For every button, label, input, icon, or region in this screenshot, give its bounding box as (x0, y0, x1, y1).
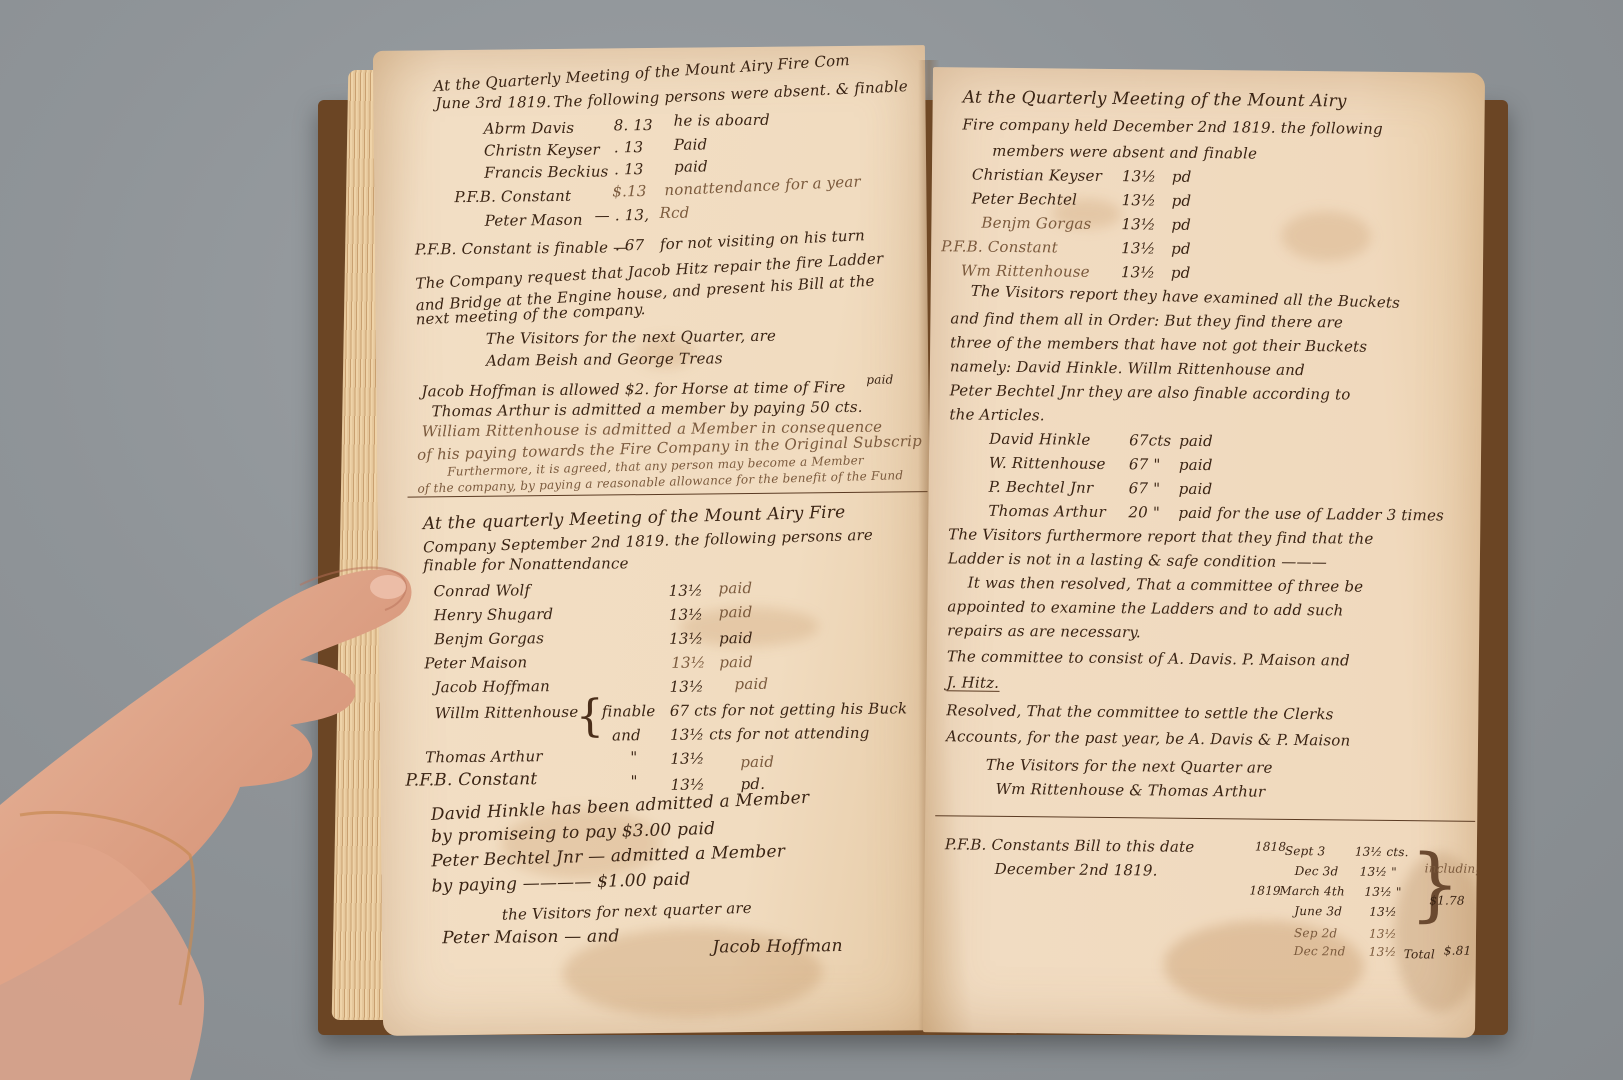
september-row-name: Conrad Wolf (433, 583, 530, 599)
ladder-line: repairs as are necessary. (947, 623, 1141, 640)
september-row-name: Jacob Hoffman (434, 679, 550, 695)
bill-entry-date: March 4th (1279, 885, 1345, 898)
june-row-note: Paid (674, 137, 708, 152)
fine-row-name: P. Bechtel Jnr (989, 480, 1094, 496)
ladder-line: appointed to examine the Ladders and to … (947, 599, 1343, 618)
september-visitors-line2a: Peter Maison — and (442, 928, 620, 947)
june-row-note: paid (674, 159, 708, 174)
december-row-note: pd (1171, 242, 1191, 257)
resolved-line: Resolved, That the committee to settle t… (946, 703, 1333, 722)
september-row-note: paid (719, 655, 753, 670)
bill-entry-amount: 13½ (1369, 946, 1397, 958)
june-visitors-line1: The Visitors for the next Quarter, are (486, 329, 776, 347)
june-row-amount: . 13 (614, 140, 644, 155)
december-row-note: pd (1172, 170, 1192, 185)
december-row-note: pd (1171, 266, 1191, 281)
september-row2-note: paid (740, 755, 774, 770)
bill-side-note: including (1425, 862, 1484, 875)
september-row2-name: Thomas Arthur (425, 749, 543, 765)
june-row-amount: — . 13, (595, 208, 650, 224)
bill-date: December 2nd 1819. (995, 862, 1158, 879)
june-row-name: Abrm Davis (484, 121, 575, 137)
june-row-name: Peter Mason (485, 213, 583, 229)
bill-total-label: Total (1404, 948, 1435, 960)
bill-entry-year: 1819 (1249, 884, 1280, 896)
june-row-amount: $.13 (612, 184, 646, 199)
june-row-note: Rcd (659, 206, 689, 221)
fine-row-name: W. Rittenhouse (989, 456, 1106, 472)
report-line: Peter Bechtel Jnr they are also finable … (950, 383, 1351, 402)
ladder-line: The committee to consist of A. Davis. P.… (947, 649, 1350, 668)
september-row-amount: 13½ (669, 679, 703, 694)
december-visitors-line1: The Visitors for the next Quarter are (986, 758, 1273, 776)
ladder-line: J. Hitz. (947, 675, 1000, 692)
ladder-line: Ladder is not in a lasting & safe condit… (948, 551, 1327, 570)
june-fine-text: P.F.B. Constant is finable — (415, 240, 629, 257)
september-row2-ditto: " (630, 774, 637, 789)
rittenhouse-line1: 67 cts for not getting his Buck (670, 701, 908, 718)
september-row-note: paid (734, 677, 768, 692)
september-row-name: Benjm Gorgas (434, 631, 544, 647)
december-row-note: pd (1172, 194, 1192, 209)
rittenhouse-finable: finable (602, 704, 656, 720)
rittenhouse-line2: 13½ cts for not attending (670, 726, 870, 743)
bill-entry-date: Sept 3 (1285, 845, 1326, 857)
report-line: and find them all in Order: But they fin… (950, 311, 1343, 330)
bill-entry-amount: 13½ cts. (1355, 846, 1409, 859)
december-row-amount: 13½ (1121, 241, 1155, 256)
june-fine-amount: . 67 (615, 238, 645, 253)
bill-entry-date: Sep 2d (1294, 927, 1337, 939)
admission-line: Peter Bechtel Jnr — admitted a Member (431, 844, 785, 871)
december-row-name: Christian Keyser (972, 168, 1102, 184)
june-note-line: Jacob Hoffman is allowed $2. for Horse a… (421, 380, 845, 399)
right-page: At the Quarterly Meeting of the Mount Ai… (923, 67, 1485, 1038)
brace-glyph: } (1409, 844, 1461, 925)
report-line: The Visitors report they have examined a… (971, 284, 1401, 311)
december-row-amount: 13½ (1122, 169, 1156, 184)
september-row-note: paid (718, 581, 752, 596)
bill-entry-amount: 13½ " (1364, 886, 1401, 898)
december-row-amount: 13½ (1122, 193, 1156, 208)
rittenhouse-and: and (612, 728, 641, 743)
september-row-name: Peter Maison (424, 655, 527, 671)
september-row-note: paid (719, 605, 753, 620)
fine-row-amount: 67 " (1129, 481, 1161, 496)
december-header-line: At the Quarterly Meeting of the Mount Ai… (963, 89, 1347, 110)
december-header-line: members were absent and finable (992, 144, 1257, 162)
fine-row-amount: 67 " (1129, 457, 1161, 472)
december-header-line: Fire company held December 2nd 1819. the… (962, 117, 1383, 136)
june-date: June 3rd 1819. (435, 95, 551, 111)
june-note-line: Thomas Arthur is admitted a member by pa… (432, 400, 863, 420)
bill-entry-amount: 13½ (1369, 928, 1397, 940)
september-row-amount: 13½ (668, 583, 702, 598)
june-row-note: nonattendance for a year (664, 174, 861, 198)
admission-line: by promiseing to pay $3.00 paid (431, 821, 716, 846)
september-header-line: finable for Nonattendance (423, 556, 629, 573)
september-row2-amount: 13½ (670, 751, 704, 766)
fine-row-name: Thomas Arthur (988, 504, 1106, 520)
september-row-amount: 13½ (671, 655, 705, 670)
bill-entry-date: Dec 2nd (1294, 945, 1346, 958)
june-row-name: Francis Beckius (484, 164, 609, 180)
june-visitors-line2: Adam Beish and George Treas (486, 351, 723, 368)
june-row-name: Christn Keyser (484, 143, 600, 159)
december-row-name: Peter Bechtel (972, 192, 1078, 208)
june-margin-note: paid (866, 373, 893, 385)
june-fine-reason: for not visiting on his turn (660, 228, 866, 252)
december-row-name: Wm Rittenhouse (961, 263, 1090, 279)
september-visitors-line1: the Visitors for next quarter are (502, 901, 752, 923)
september-row2-ditto: " (630, 750, 637, 765)
december-row-name: P.F.B. Constant (941, 239, 1058, 255)
bill-entry-year: 1818 (1255, 841, 1286, 853)
left-page: At the Quarterly Meeting of the Mount Ai… (373, 45, 935, 1036)
fine-row-name: David Hinkle (989, 432, 1090, 448)
september-row2-name: P.F.B. Constant (405, 771, 537, 789)
admission-line: by paying ———— $1.00 paid (431, 871, 690, 895)
ladder-line: The Visitors furthermore report that the… (948, 527, 1373, 546)
bill-side-note2: $1.78 (1429, 894, 1464, 906)
bill-entry-date: Dec 3d (1295, 865, 1339, 877)
december-visitors-line2: Wm Rittenhouse & Thomas Arthur (995, 782, 1265, 800)
bill-divider (935, 815, 1475, 822)
report-line: namely: David Hinkle. Willm Rittenhouse … (950, 359, 1305, 378)
rittenhouse-name: Willm Rittenhouse (435, 705, 579, 722)
bill-total-value: $.81 (1444, 945, 1472, 957)
fine-row-amount: 20 " (1128, 505, 1160, 520)
bill-entry-date: June 3d (1294, 905, 1342, 918)
june-row-note: he is aboard (674, 113, 770, 129)
june-row-amount: . 13 (614, 162, 644, 177)
bill-title: P.F.B. Constants Bill to this date (945, 837, 1195, 855)
september-visitors-line2b: Jacob Hoffman (712, 938, 843, 956)
september-row-amount: 13½ (669, 631, 703, 646)
ladder-line: It was then resolved, That a committee o… (968, 576, 1364, 595)
fine-row-note: paid (1179, 482, 1213, 497)
bill-entry-amount: 13½ " (1360, 866, 1397, 878)
june-row-amount: 8. 13 (614, 118, 653, 133)
resolved-line: Accounts, for the past year, be A. Davis… (946, 729, 1351, 748)
report-line: the Articles. (949, 407, 1044, 423)
december-row-amount: 13½ (1121, 217, 1155, 232)
fine-row-note: paid for the use of Ladder 3 times (1178, 506, 1444, 524)
september-row-name: Henry Shugard (434, 607, 554, 623)
brace-glyph: { (576, 695, 604, 739)
september-row-note: paid (719, 631, 753, 646)
june-row-name: P.F.B. Constant (454, 189, 571, 205)
fine-row-amount: 67cts (1129, 433, 1171, 448)
december-row-note: pd (1171, 218, 1191, 233)
hand-photo-element (0, 555, 420, 1080)
september-row-amount: 13½ (669, 607, 703, 622)
december-row-name: Benjm Gorgas (981, 216, 1091, 232)
report-line: three of the members that have not got t… (950, 335, 1367, 354)
fine-row-note: paid (1179, 434, 1213, 449)
bill-entry-amount: 13½ (1369, 906, 1397, 918)
december-row-amount: 13½ (1121, 265, 1155, 280)
fine-row-note: paid (1179, 458, 1213, 473)
september-row2-amount: 13½ (670, 777, 704, 792)
